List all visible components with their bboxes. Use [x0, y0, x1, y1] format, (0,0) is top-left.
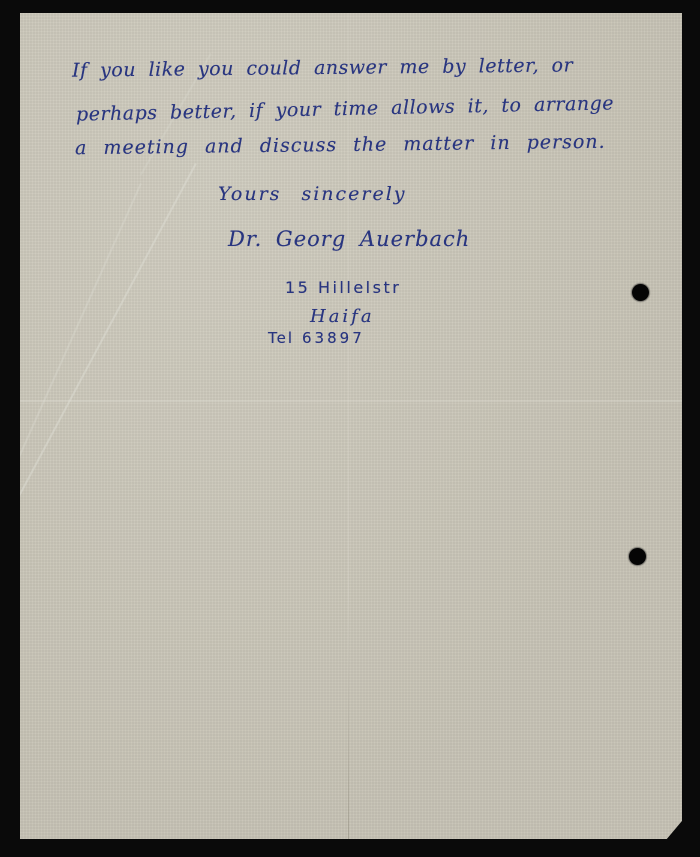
closing-salutation: Yours sincerely: [218, 183, 407, 205]
phone-number: 63897: [302, 329, 365, 347]
punch-hole-icon: [632, 284, 649, 301]
diagonal-crease: [0, 183, 142, 513]
scanned-page: If you like you could answer me by lette…: [0, 0, 700, 857]
horizontal-fold-crease: [20, 400, 682, 402]
address-city: Haifa: [310, 306, 375, 327]
address-phone: Tel63897: [268, 329, 365, 347]
letter-paper: If you like you could answer me by lette…: [20, 13, 682, 839]
punch-hole-icon: [629, 548, 646, 565]
phone-label: Tel: [268, 329, 294, 347]
signature: Dr. Georg Auerbach: [228, 227, 470, 251]
diagonal-crease: [0, 163, 197, 535]
letter-body-line-1: If you like you could answer me by lette…: [72, 54, 573, 81]
address-street: 15 Hillelstr: [285, 278, 401, 297]
letter-body-line-2: perhaps better, if your time allows it, …: [76, 92, 614, 125]
letter-body-line-3: a meeting and discuss the matter in pers…: [75, 131, 606, 159]
